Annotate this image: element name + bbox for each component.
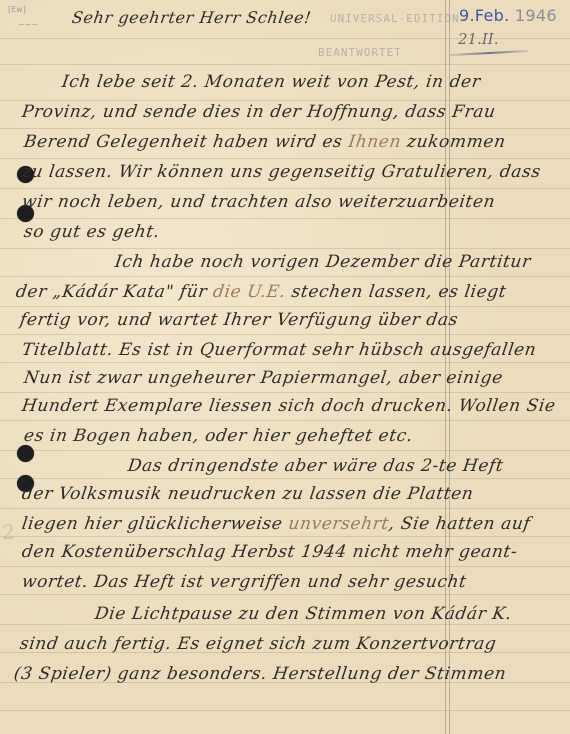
ruled-line xyxy=(0,362,570,363)
letter-line: der Volksmusik neudrucken zu lassen die … xyxy=(21,484,475,504)
reference-number: 21.II. xyxy=(458,30,498,48)
ruled-line xyxy=(0,306,570,307)
ruled-line xyxy=(0,508,570,509)
ruled-line xyxy=(0,710,570,711)
salutation: Sehr geehrter Herr Schlee! xyxy=(71,8,313,27)
letter-line: liegen hier glücklicherweise unversehrt,… xyxy=(21,514,532,534)
ruled-line xyxy=(0,128,570,129)
ruled-line xyxy=(0,566,570,567)
ruled-line xyxy=(0,450,570,451)
ruled-line xyxy=(0,218,570,219)
hole-punch xyxy=(17,445,34,462)
letter-line: fertig vor, und wartet Ihrer Verfügung ü… xyxy=(19,310,460,330)
date-stamp-year: 1946 xyxy=(515,6,557,25)
letter-page: [Ew] ~~~ 2 UNIVERSAL-EDITION BEANTWORTET… xyxy=(0,0,570,734)
letter-line: wortet. Das Heft ist vergriffen und sehr… xyxy=(21,572,468,592)
letter-line: Titelblatt. Es ist in Querformat sehr hü… xyxy=(21,340,538,360)
letter-line: Ich habe noch vorigen Dezember die Parti… xyxy=(114,252,533,272)
ruled-line xyxy=(0,100,570,101)
letter-line: so gut es geht. xyxy=(23,222,162,242)
brown-ink-word: Ihnen xyxy=(347,132,402,152)
letter-line: der „Kádár Kata" für die U.E. stechen la… xyxy=(15,282,508,302)
letter-line: den Kostenüberschlag Herbst 1944 nicht m… xyxy=(21,542,519,562)
faint-stamp-top: UNIVERSAL-EDITION xyxy=(330,12,460,25)
letter-line: Die Lichtpause zu den Stimmen von Kádár … xyxy=(94,604,514,624)
faint-stamp-second: BEANTWORTET xyxy=(318,46,402,59)
letter-line: Nun ist zwar ungeheurer Papiermangel, ab… xyxy=(23,368,505,388)
ruled-line xyxy=(0,64,570,65)
margin-number: 2 xyxy=(2,520,15,544)
letter-line: Hundert Exemplare liessen sich doch druc… xyxy=(21,396,557,416)
ruled-line xyxy=(0,536,570,537)
ruled-line xyxy=(0,334,570,335)
letter-line: wir noch leben, und trachten also weiter… xyxy=(21,192,497,212)
letter-line: Provinz, und sende dies in der Hoffnung,… xyxy=(21,102,497,122)
date-stamp: 9.Feb. 1946 xyxy=(459,6,557,25)
letter-line: Das dringendste aber wäre das 2-te Heft xyxy=(127,456,505,476)
ruled-line xyxy=(0,624,570,625)
brown-ink-word: unversehrt xyxy=(287,514,390,534)
letter-line: Ich lebe seit 2. Monaten weit von Pest, … xyxy=(61,72,482,92)
letter-line: sind auch fertig. Es eignet sich zum Kon… xyxy=(19,634,498,654)
letter-line: zu lassen. Wir können uns gegenseitig Gr… xyxy=(21,162,543,182)
ruled-line xyxy=(0,420,570,421)
ruled-line xyxy=(0,478,570,479)
brown-ink-word: die U.E. xyxy=(212,282,287,302)
ruled-line xyxy=(0,188,570,189)
archive-mark: [Ew] xyxy=(8,5,26,14)
ruled-line xyxy=(0,276,570,277)
ruled-line xyxy=(0,392,570,393)
letter-line: Berend Gelegenheit haben wird es Ihnen z… xyxy=(23,132,507,152)
ruled-line xyxy=(0,594,570,595)
ink-stroke xyxy=(450,50,528,56)
archive-mark-sub: ~~~ xyxy=(18,20,38,29)
ruled-line xyxy=(0,248,570,249)
date-stamp-day-month: 9.Feb. xyxy=(459,6,509,25)
letter-line: (3 Spieler) ganz besonders. Herstellung … xyxy=(13,664,508,684)
letter-line: es in Bogen haben, oder hier geheftet et… xyxy=(23,426,415,446)
ruled-line xyxy=(0,158,570,159)
